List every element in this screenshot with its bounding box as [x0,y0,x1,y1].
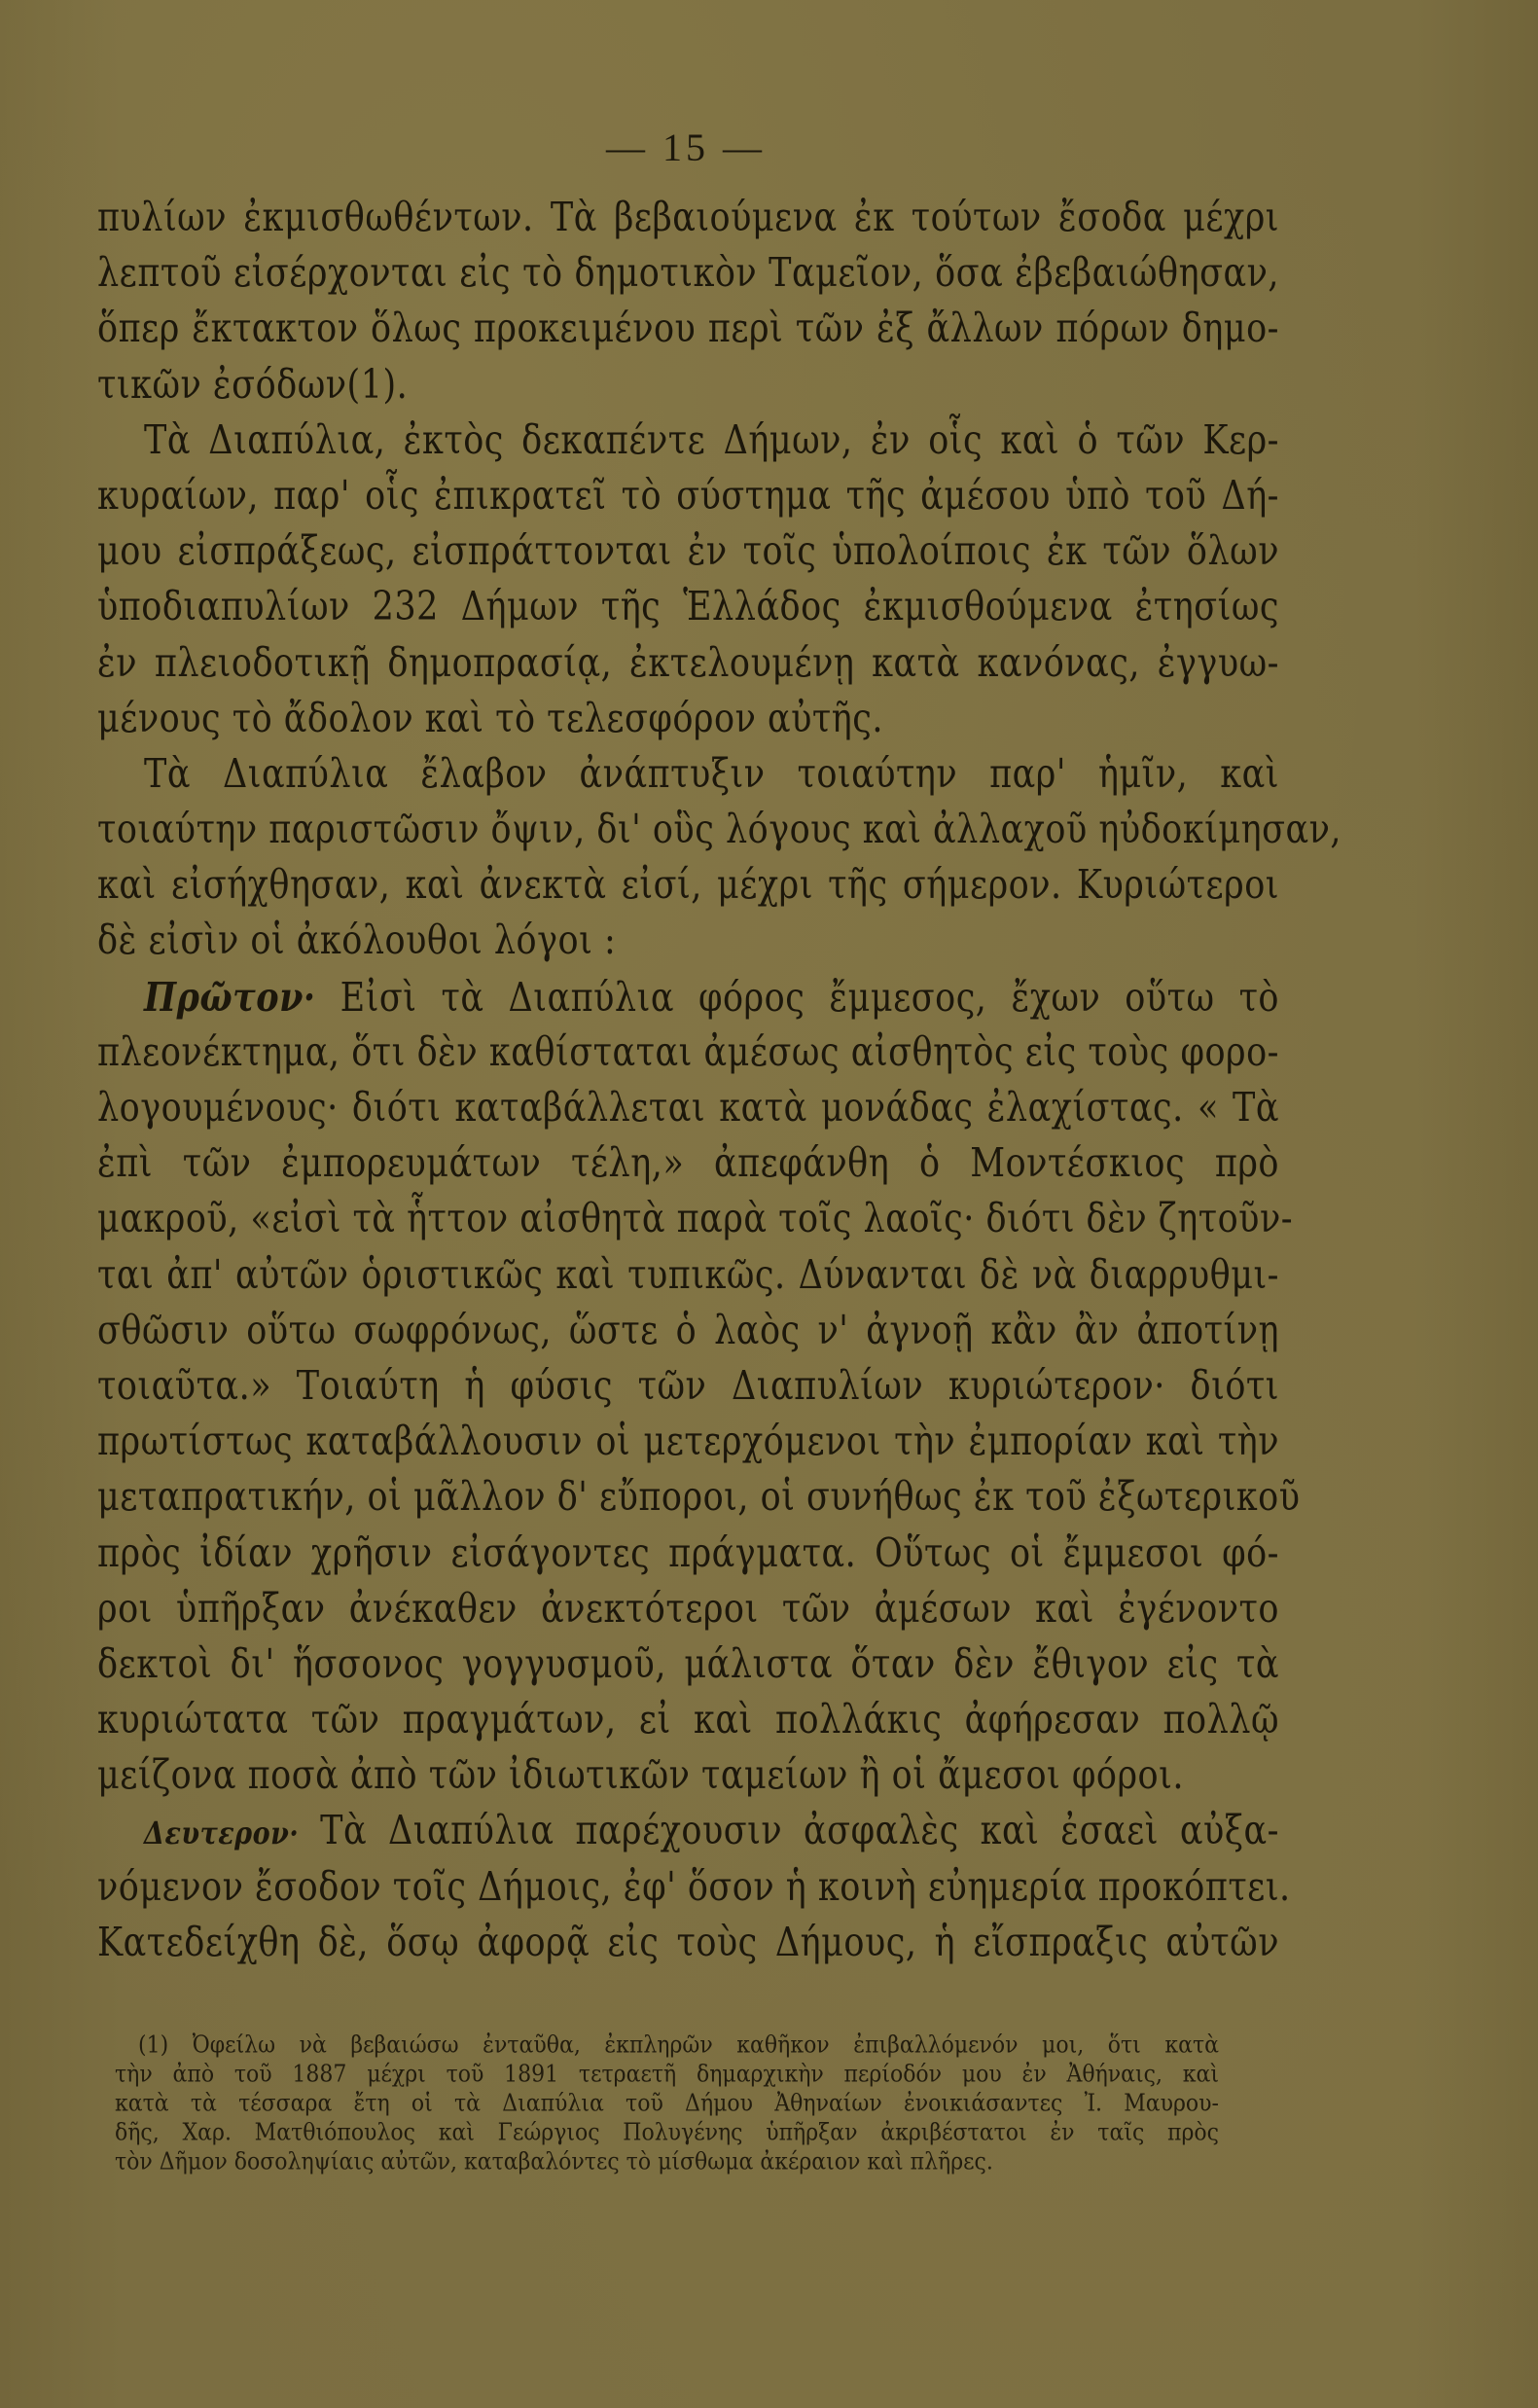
text-span: Τὰ Διαπύλια παρέχουσιν ἀσφαλὲς καὶ ἐσαεὶ… [299,1809,1279,1854]
footnote-line: (1) Ὀφείλω νὰ βεβαιώσω ἐνταῦθα, ἐκπληρῶν… [115,2031,1219,2063]
text-span: Εἰσὶ τὰ Διαπύλια φόρος ἔμμεσος, ἔχων οὕτ… [316,975,1279,1021]
text-line: Κατεδείχθη δὲ, ὅσῳ ἀφορᾷ εἰς τοὺς Δήμους… [97,1911,1279,1976]
paragraph-second-reason: Δευτερον· Τὰ Διαπύλια παρέχουσιν ἀσφαλὲς… [97,1804,1279,1971]
footnote-line: τὸν Δῆμον δοσοληψίαις αὐτῶν, καταβαλόντε… [115,2147,1219,2179]
footnote-line: κατὰ τὰ τέσσαρα ἔτη οἱ τὰ Διαπύλια τοῦ Δ… [115,2089,1219,2121]
paragraph-reasons-intro: Τὰ Διαπύλια ἔλαβον ἀνάπτυξιν τοιαύτην πα… [97,747,1279,970]
paragraph-continuation: πυλίων ἐκμισθωθέντων. Τὰ βεβαιούμενα ἐκ … [97,191,1279,413]
paragraph-diapylia-municipalities: Τὰ Διαπύλια, ἐκτὸς δεκαπέντε Δήμων, ἐν ο… [97,413,1279,747]
section-lead-second: Δευτερον· [144,1816,299,1852]
footnote-line: δῆς, Χαρ. Ματθιόπουλος καὶ Γεώργιος Πολυ… [115,2118,1219,2150]
footnote-line: τὴν ἀπὸ τοῦ 1887 μέχρι τοῦ 1891 τετραετῆ… [115,2060,1219,2092]
section-lead-first: Πρῶτον· [144,974,316,1021]
paragraph-first-reason: Πρῶτον· Εἰσὶ τὰ Διαπύλια φόρος ἔμμεσος, … [97,970,1279,1805]
footnote: (1) Ὀφείλω νὰ βεβαιώσω ἐνταῦθα, ἐκπληρῶν… [115,2031,1219,2177]
page-number: — 15 — [574,125,798,170]
body-text: πυλίων ἐκμισθωθέντων. Τὰ βεβαιούμενα ἐκ … [97,191,1279,1971]
